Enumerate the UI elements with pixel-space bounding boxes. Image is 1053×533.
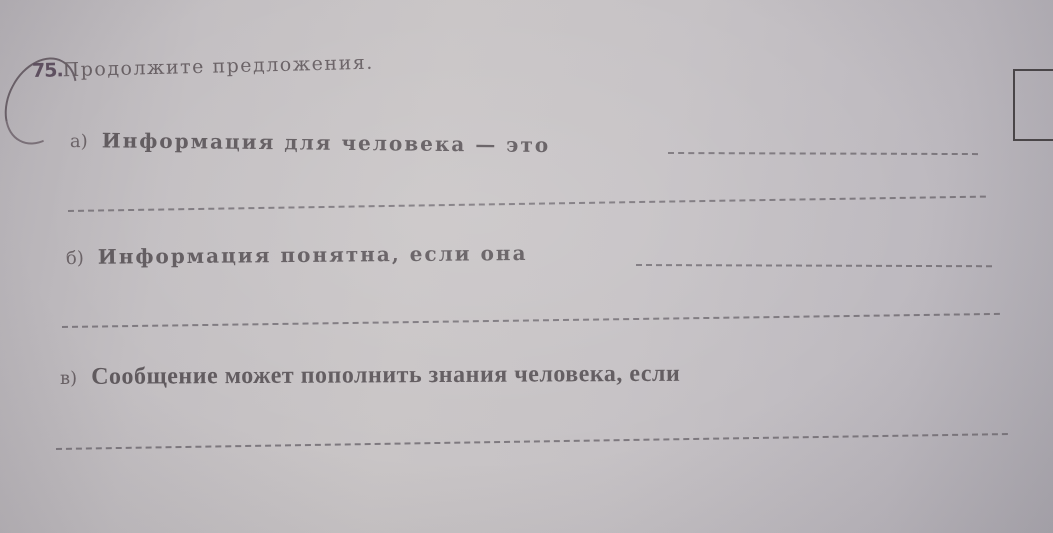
item-c-text: Сообщение может пополнить знания человек… bbox=[91, 361, 680, 390]
margin-box-frame bbox=[1013, 69, 1053, 141]
answer-line-a-1[interactable] bbox=[668, 152, 978, 155]
item-c-letter: в) bbox=[60, 368, 77, 389]
task-header: 75.Продолжите предложения. bbox=[32, 52, 374, 82]
answer-line-c-1[interactable] bbox=[56, 433, 1008, 450]
item-b-text: Информация понятна, если она bbox=[98, 241, 528, 269]
task-title: Продолжите предложения. bbox=[62, 52, 374, 82]
task-number: 75. bbox=[32, 59, 63, 82]
item-c: в)Сообщение может пополнить знания челов… bbox=[60, 361, 680, 391]
item-b: б)Информация понятна, если она bbox=[66, 241, 528, 269]
item-a-text: Информация для человека — это bbox=[102, 128, 551, 157]
item-b-letter: б) bbox=[66, 248, 84, 269]
answer-line-b-1[interactable] bbox=[636, 264, 992, 267]
item-a: а)Информация для человека — это bbox=[70, 128, 550, 157]
workbook-page: 75.Продолжите предложения. а)Информация … bbox=[0, 0, 1053, 533]
item-a-letter: а) bbox=[70, 131, 88, 152]
answer-line-a-2[interactable] bbox=[68, 196, 986, 212]
answer-line-b-2[interactable] bbox=[62, 313, 1000, 328]
